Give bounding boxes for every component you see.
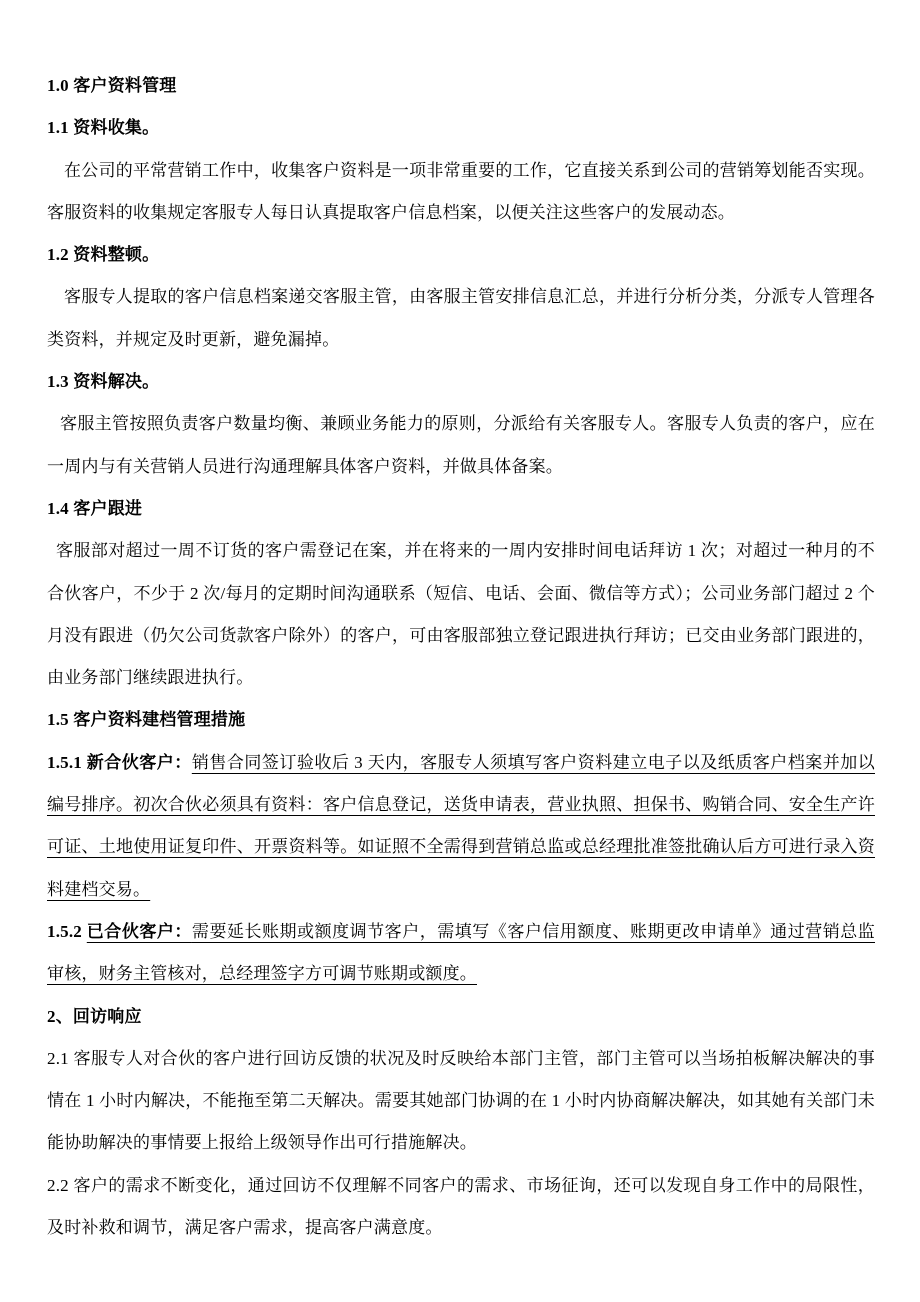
heading-2-visit-response: 2、回访响应 bbox=[47, 996, 875, 1038]
para-1-4-customer-followup: 客服部对超过一周不订货的客户需登记在案，并在将来的一周内安排时间电话拜访 1 次… bbox=[47, 530, 875, 699]
para-1-2-data-organization: 客服专人提取的客户信息档案递交客服主管，由客服主管安排信息汇总，并进行分析分类，… bbox=[47, 276, 875, 361]
document-page: 1.0 客户资料管理 1.1 资料收集。 在公司的平常营销工作中，收集客户资料是… bbox=[0, 0, 920, 1249]
para-1-5-2-label: 已合伙客户： bbox=[87, 922, 192, 941]
heading-1-5-archiving-measures: 1.5 客户资料建档管理措施 bbox=[47, 699, 875, 741]
para-1-5-1-new-partner-customers: 1.5.1 新合伙客户：销售合同签订验收后 3 天内，客服专人须填写客户资料建立… bbox=[47, 742, 875, 911]
para-1-5-2-number: 1.5.2 bbox=[47, 922, 87, 941]
para-1-5-1-number: 1.5.1 bbox=[47, 753, 87, 772]
para-2-1-visit-feedback: 2.1 客服专人对合伙的客户进行回访反馈的状况及时反映给本部门主管，部门主管可以… bbox=[47, 1038, 875, 1165]
para-1-5-2-existing-partner-customers: 1.5.2 已合伙客户：需要延长账期或额度调节客户，需填写《客户信用额度、账期更… bbox=[47, 911, 875, 996]
para-1-5-1-body: 销售合同签订验收后 3 天内，客服专人须填写客户资料建立电子以及纸质客户档案并加… bbox=[47, 753, 875, 899]
heading-1-1-data-collection: 1.1 资料收集。 bbox=[47, 107, 875, 149]
para-1-3-data-handling: 客服主管按照负责客户数量均衡、兼顾业务能力的原则，分派给有关客服专人。客服专人负… bbox=[47, 403, 875, 488]
heading-1-4-customer-followup: 1.4 客户跟进 bbox=[47, 488, 875, 530]
heading-1-2-data-organization: 1.2 资料整顿。 bbox=[47, 234, 875, 276]
para-1-5-1-label: 新合伙客户： bbox=[87, 753, 192, 772]
heading-1-0-customer-data-management: 1.0 客户资料管理 bbox=[47, 65, 875, 107]
heading-1-3-data-handling: 1.3 资料解决。 bbox=[47, 361, 875, 403]
para-1-1-data-collection: 在公司的平常营销工作中，收集客户资料是一项非常重要的工作，它直接关系到公司的营销… bbox=[47, 150, 875, 235]
para-2-2-customer-needs: 2.2 客户的需求不断变化，通过回访不仅理解不同客户的需求、市场征询，还可以发现… bbox=[47, 1165, 875, 1250]
